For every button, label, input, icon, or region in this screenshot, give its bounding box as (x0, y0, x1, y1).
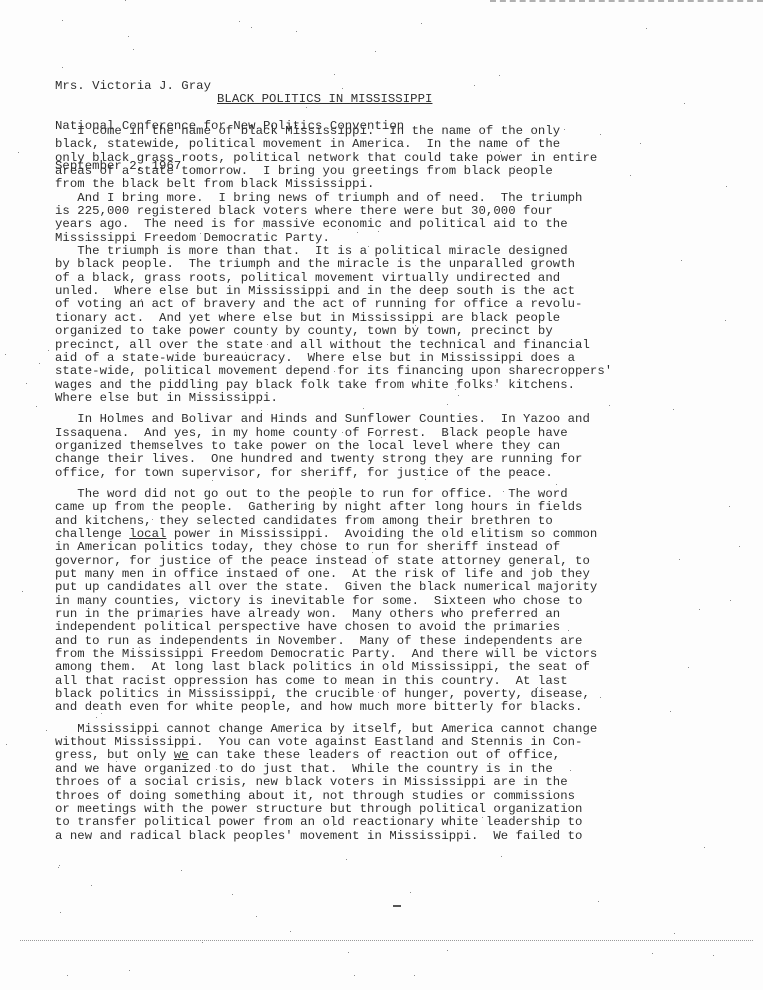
scan-speck (333, 488, 334, 489)
scan-speck (67, 975, 68, 976)
text-line: black politics in Mississippi, the cruci… (55, 688, 612, 701)
text-line: in American politics today, they chose t… (55, 541, 612, 554)
text-line: tionary act. And yet where else but in M… (55, 312, 612, 325)
scan-speck (95, 781, 96, 782)
text-run: by black people. The triumph and the mir… (55, 257, 575, 271)
scan-speck (537, 687, 538, 688)
scan-speck (290, 931, 291, 932)
scan-speck (96, 717, 97, 718)
scan-speck (261, 410, 262, 411)
text-line: I come in the name of black Mississippi.… (55, 125, 612, 138)
text-line: challenge local power in Mississippi. Av… (55, 528, 612, 541)
scan-speck (5, 354, 6, 355)
scan-speck (176, 728, 177, 729)
text-line: all that racist oppression has come to m… (55, 675, 612, 688)
scan-speck (62, 20, 63, 21)
scan-speck (253, 330, 254, 331)
scan-speck (600, 697, 601, 698)
scan-speck (688, 667, 689, 668)
text-line: areas of a state tomorrow. I bring you g… (55, 165, 612, 178)
text-run: is 225,000 registered black voters where… (55, 204, 553, 218)
scan-speck (174, 618, 175, 619)
scan-speck (232, 894, 233, 895)
text-run: Where else but in Mississippi. (55, 391, 278, 405)
scan-speck (202, 942, 203, 943)
scan-speck (342, 88, 343, 89)
text-line: without Mississippi. You can vote agains… (55, 736, 612, 749)
scan-speck (342, 432, 343, 433)
scan-speck (65, 207, 66, 208)
page-mark (393, 905, 401, 907)
scan-speck (704, 847, 705, 848)
scan-speck (739, 546, 740, 547)
text-run: without Mississippi. You can vote agains… (55, 735, 582, 749)
scan-speck (684, 103, 685, 104)
scan-speck (646, 28, 647, 29)
text-run: and death even for white people, and how… (55, 700, 582, 714)
text-run: years ago. The need is for massive econo… (55, 217, 568, 231)
scan-speck (245, 352, 246, 353)
text-run: Mississippi Freedom Democratic Party. (55, 231, 330, 245)
scan-speck (630, 175, 631, 176)
scan-speck (101, 713, 102, 714)
scan-speck (410, 892, 411, 893)
text-run: and we have organized to do just that. W… (55, 762, 553, 776)
text-run: The word did not go out to the people to… (55, 487, 568, 501)
text-line: years ago. The need is for massive econo… (55, 218, 612, 231)
scan-speck (26, 383, 27, 384)
text-line: organized themselves to take power on th… (55, 440, 612, 453)
scan-speck (372, 552, 373, 553)
text-line: by black people. The triumph and the mir… (55, 258, 612, 271)
scan-speck (408, 818, 409, 819)
text-run: organized themselves to take power on th… (55, 439, 560, 453)
text-line: aid of a state-wide bureaucracy. Where e… (55, 352, 612, 365)
scan-speck (474, 85, 475, 86)
text-line: from the black belt from black Mississip… (55, 178, 612, 191)
scan-speck (296, 31, 297, 32)
text-line: and we have organized to do just that. W… (55, 763, 612, 776)
scan-speck (333, 825, 334, 826)
text-run: among them. At long last black politics … (55, 660, 590, 674)
paragraph: And I bring more. I bring news of triump… (55, 192, 612, 245)
scan-speck (152, 519, 153, 520)
text-line: independent political perspective have c… (55, 621, 612, 634)
scan-speck (726, 186, 727, 187)
scan-speck (64, 160, 65, 161)
scan-speck (368, 246, 369, 247)
paragraph: In Holmes and Bolivar and Hinds and Sunf… (55, 413, 612, 480)
scan-speck (87, 240, 88, 241)
text-run: in American politics today, they chose t… (55, 540, 560, 554)
scan-speck (609, 405, 610, 406)
scan-speck (58, 867, 59, 868)
scan-speck (401, 415, 402, 416)
scan-speck (445, 434, 446, 435)
text-line: precinct, all over the state and all wit… (55, 339, 612, 352)
scan-speck (39, 363, 40, 364)
text-line: of voting an act of bravery and the act … (55, 298, 612, 311)
text-run: can take these leaders of reaction out o… (189, 748, 560, 762)
text-run: unled. Where else but in Mississippi and… (55, 284, 575, 298)
scan-speck (125, 0, 126, 1)
scan-speck (381, 437, 382, 438)
scan-speck (307, 219, 308, 220)
scan-speck (103, 220, 104, 221)
text-run: aid of a state-wide bureaucracy. Where e… (55, 351, 575, 365)
scan-speck (652, 953, 653, 954)
scan-speck (181, 870, 182, 871)
text-line: or meetings with the power structure but… (55, 803, 612, 816)
page-top-border (490, 0, 763, 2)
text-line: is 225,000 registered black voters where… (55, 205, 612, 218)
scan-speck (447, 404, 448, 405)
scan-speck (544, 629, 545, 630)
text-run: all that racist oppression has come to m… (55, 674, 568, 688)
scan-speck (305, 502, 306, 503)
scan-speck (239, 21, 240, 22)
text-line: gress, but only we can take these leader… (55, 749, 612, 762)
scan-speck (600, 134, 601, 135)
scan-speck (670, 711, 671, 712)
scan-speck (521, 726, 522, 727)
scan-speck (348, 952, 349, 953)
scan-speck (729, 506, 730, 507)
scan-speck (18, 152, 19, 153)
text-run: governor, for justice of the peace inste… (55, 554, 590, 568)
text-run: tionary act. And yet where else but in M… (55, 311, 560, 325)
document-page: Mrs. Victoria J. Gray National Conferenc… (0, 0, 763, 990)
text-line: Where else but in Mississippi. (55, 392, 612, 405)
text-line: organized to take power county by county… (55, 325, 612, 338)
scan-speck (378, 692, 379, 693)
scan-speck (203, 354, 204, 355)
scan-speck (59, 865, 60, 866)
scan-speck (674, 933, 675, 934)
text-run: power in Mississippi. Avoiding the old e… (166, 527, 597, 541)
text-line: Mississippi cannot change America by its… (55, 723, 612, 736)
scan-speck (36, 406, 37, 407)
text-line: change their lives. One hundred and twen… (55, 453, 612, 466)
scan-speck (725, 320, 726, 321)
underlined-word: local (129, 527, 166, 541)
scan-speck (556, 484, 557, 485)
scan-speck (62, 67, 63, 68)
scan-speck (334, 74, 335, 75)
document-body: I come in the name of black Mississippi.… (55, 125, 612, 843)
scan-speck (363, 408, 364, 409)
scan-speck (517, 637, 518, 638)
scan-speck (576, 643, 577, 644)
paragraph: The triumph is more than that. It is a p… (55, 245, 612, 405)
scan-speck (306, 107, 307, 108)
scan-speck (346, 859, 347, 860)
scan-speck (6, 744, 7, 745)
text-run: from the black belt from black Mississip… (55, 177, 374, 191)
scan-speck (100, 698, 101, 699)
scan-speck (334, 371, 335, 372)
scan-speck (128, 36, 129, 37)
text-line: And I bring more. I bring news of triump… (55, 192, 612, 205)
scan-speck (378, 231, 379, 232)
text-line: a new and radical black peoples' movemen… (55, 830, 612, 843)
scan-speck (91, 885, 92, 886)
text-run: In Holmes and Bolivar and Hinds and Sunf… (55, 412, 590, 426)
text-run: a new and radical black peoples' movemen… (55, 829, 582, 843)
scan-speck (495, 385, 496, 386)
text-run: office, for town supervisor, for sheriff… (55, 466, 553, 480)
text-run: of voting an act of bravery and the act … (55, 297, 582, 311)
scan-speck (357, 232, 358, 233)
text-run: to transfer political power from an old … (55, 815, 582, 829)
text-line: The word did not go out to the people to… (55, 488, 612, 501)
scan-speck (141, 299, 142, 300)
scan-speck (346, 545, 347, 546)
scan-speck (679, 559, 680, 560)
text-line: came up from the people. Gathering by ni… (55, 501, 612, 514)
text-line: throes of doing something about it, not … (55, 790, 612, 803)
scan-speck (730, 600, 731, 601)
text-run: precinct, all over the state and all wit… (55, 338, 590, 352)
scan-speck (681, 260, 682, 261)
scan-speck (640, 143, 641, 144)
text-run: Mississippi cannot change America by its… (55, 722, 597, 736)
scan-speck (713, 955, 714, 956)
text-line: office, for town supervisor, for sheriff… (55, 467, 612, 480)
text-run: and kitchens, they selected candidates f… (55, 514, 553, 528)
scan-speck (256, 916, 257, 917)
scan-speck (200, 233, 201, 234)
text-run: black, statewide, political movement in … (55, 137, 560, 151)
scan-speck (174, 818, 175, 819)
text-line: Issaquena. And yes, in my home county of… (55, 427, 612, 440)
scan-speck (673, 409, 674, 410)
text-line: unled. Where else but in Mississippi and… (55, 285, 612, 298)
text-line: wages and the piddling pay black folk ta… (55, 379, 612, 392)
text-line: run in the primaries have already won. M… (55, 608, 612, 621)
scan-speck (503, 491, 504, 492)
text-line: only black grass roots, political networ… (55, 152, 612, 165)
scan-speck (243, 156, 244, 157)
scan-speck (407, 274, 408, 275)
scan-speck (414, 975, 415, 976)
text-line: The triumph is more than that. It is a p… (55, 245, 612, 258)
text-run: put up candidates all over the state. Gi… (55, 580, 597, 594)
scan-speck (251, 27, 252, 28)
scan-speck (22, 591, 23, 592)
paragraph: I come in the name of black Mississippi.… (55, 125, 612, 192)
scan-speck (210, 576, 211, 577)
text-run: only black grass roots, political networ… (55, 151, 597, 165)
text-run: areas of a state tomorrow. I bring you g… (55, 164, 553, 178)
scan-speck (46, 730, 47, 731)
scan-speck (501, 856, 502, 857)
text-run: wages and the piddling pay black folk ta… (55, 378, 575, 392)
text-line: black, statewide, political movement in … (55, 138, 612, 151)
scan-speck (568, 630, 569, 631)
text-run: independent political perspective have c… (55, 620, 560, 634)
scan-speck (455, 389, 456, 390)
text-line: and kitchens, they selected candidates f… (55, 515, 612, 528)
scan-speck (447, 950, 448, 951)
scan-speck (139, 647, 140, 648)
scan-speck (354, 975, 355, 976)
scan-speck (510, 155, 511, 156)
scan-speck (91, 437, 92, 438)
text-line: Mississippi Freedom Democratic Party. (55, 232, 612, 245)
scan-speck (499, 75, 500, 76)
text-run: And I bring more. I bring news of triump… (55, 191, 582, 205)
text-run: The triumph is more than that. It is a p… (55, 244, 568, 258)
text-run: or meetings with the power structure but… (55, 802, 582, 816)
text-run: in many counties, victory is inevitable … (55, 594, 582, 608)
scan-speck (216, 769, 217, 770)
text-run: from the Mississippi Freedom Democratic … (55, 647, 597, 661)
scan-speck (129, 970, 130, 971)
scan-speck (133, 49, 134, 50)
text-run: run in the primaries have already won. M… (55, 607, 560, 621)
scan-speck (699, 609, 700, 610)
scan-speck (425, 479, 426, 480)
scan-speck (318, 542, 319, 543)
scan-speck (205, 755, 206, 756)
scan-speck (336, 498, 337, 499)
scan-speck (564, 129, 565, 130)
scan-speck (116, 761, 117, 762)
text-run: organized to take power county by county… (55, 324, 553, 338)
scan-speck (212, 480, 213, 481)
scan-speck (267, 344, 268, 345)
scan-speck (262, 228, 263, 229)
scan-speck (375, 51, 376, 52)
text-run: Issaquena. And yes, in my home county of… (55, 426, 568, 440)
text-line: to transfer political power from an old … (55, 816, 612, 829)
text-line: in many counties, victory is inevitable … (55, 595, 612, 608)
scan-speck (500, 151, 501, 152)
underlined-word: we (174, 748, 189, 762)
scan-speck (598, 901, 599, 902)
text-run: I come in the name of black Mississippi.… (55, 124, 560, 138)
text-line: from the Mississippi Freedom Democratic … (55, 648, 612, 661)
document-title: BLACK POLITICS IN MISSISSIPPI (217, 93, 432, 106)
text-line: of a black, grass roots, political movem… (55, 272, 612, 285)
bottom-rule (20, 940, 753, 941)
scan-speck (60, 912, 61, 913)
paragraph: The word did not go out to the people to… (55, 488, 612, 715)
scan-speck (570, 770, 571, 771)
scan-speck (343, 727, 344, 728)
scan-speck (415, 325, 416, 326)
text-run: and to run as independents in November. … (55, 634, 582, 648)
scan-speck (338, 229, 339, 230)
text-run: of a black, grass roots, political movem… (55, 271, 560, 285)
scan-speck (48, 350, 49, 351)
text-line: and death even for white people, and how… (55, 701, 612, 714)
text-run: came up from the people. Gathering by ni… (55, 500, 582, 514)
text-run: change their lives. One hundred and twen… (55, 452, 582, 466)
scan-speck (163, 387, 164, 388)
scan-speck (175, 291, 176, 292)
text-line: throes of a social crisis, new black vot… (55, 776, 612, 789)
scan-speck (446, 462, 447, 463)
scan-speck (458, 395, 459, 396)
text-line: In Holmes and Bolivar and Hinds and Sunf… (55, 413, 612, 426)
scan-speck (514, 166, 515, 167)
text-line: put many men in office instaed of one. A… (55, 568, 612, 581)
scan-speck (510, 276, 511, 277)
text-run: black politics in Mississippi, the cruci… (55, 687, 590, 701)
text-run: gress, but only (55, 748, 174, 762)
text-line: governor, for justice of the peace inste… (55, 555, 612, 568)
text-run: put many men in office instaed of one. A… (55, 567, 590, 581)
text-line: among them. At long last black politics … (55, 661, 612, 674)
text-run: challenge (55, 527, 129, 541)
scan-speck (421, 23, 422, 24)
text-run: throes of doing something about it, not … (55, 789, 575, 803)
scan-speck (209, 347, 210, 348)
text-run: throes of a social crisis, new black vot… (55, 775, 568, 789)
scan-speck (482, 817, 483, 818)
text-line: put up candidates all over the state. Gi… (55, 581, 612, 594)
